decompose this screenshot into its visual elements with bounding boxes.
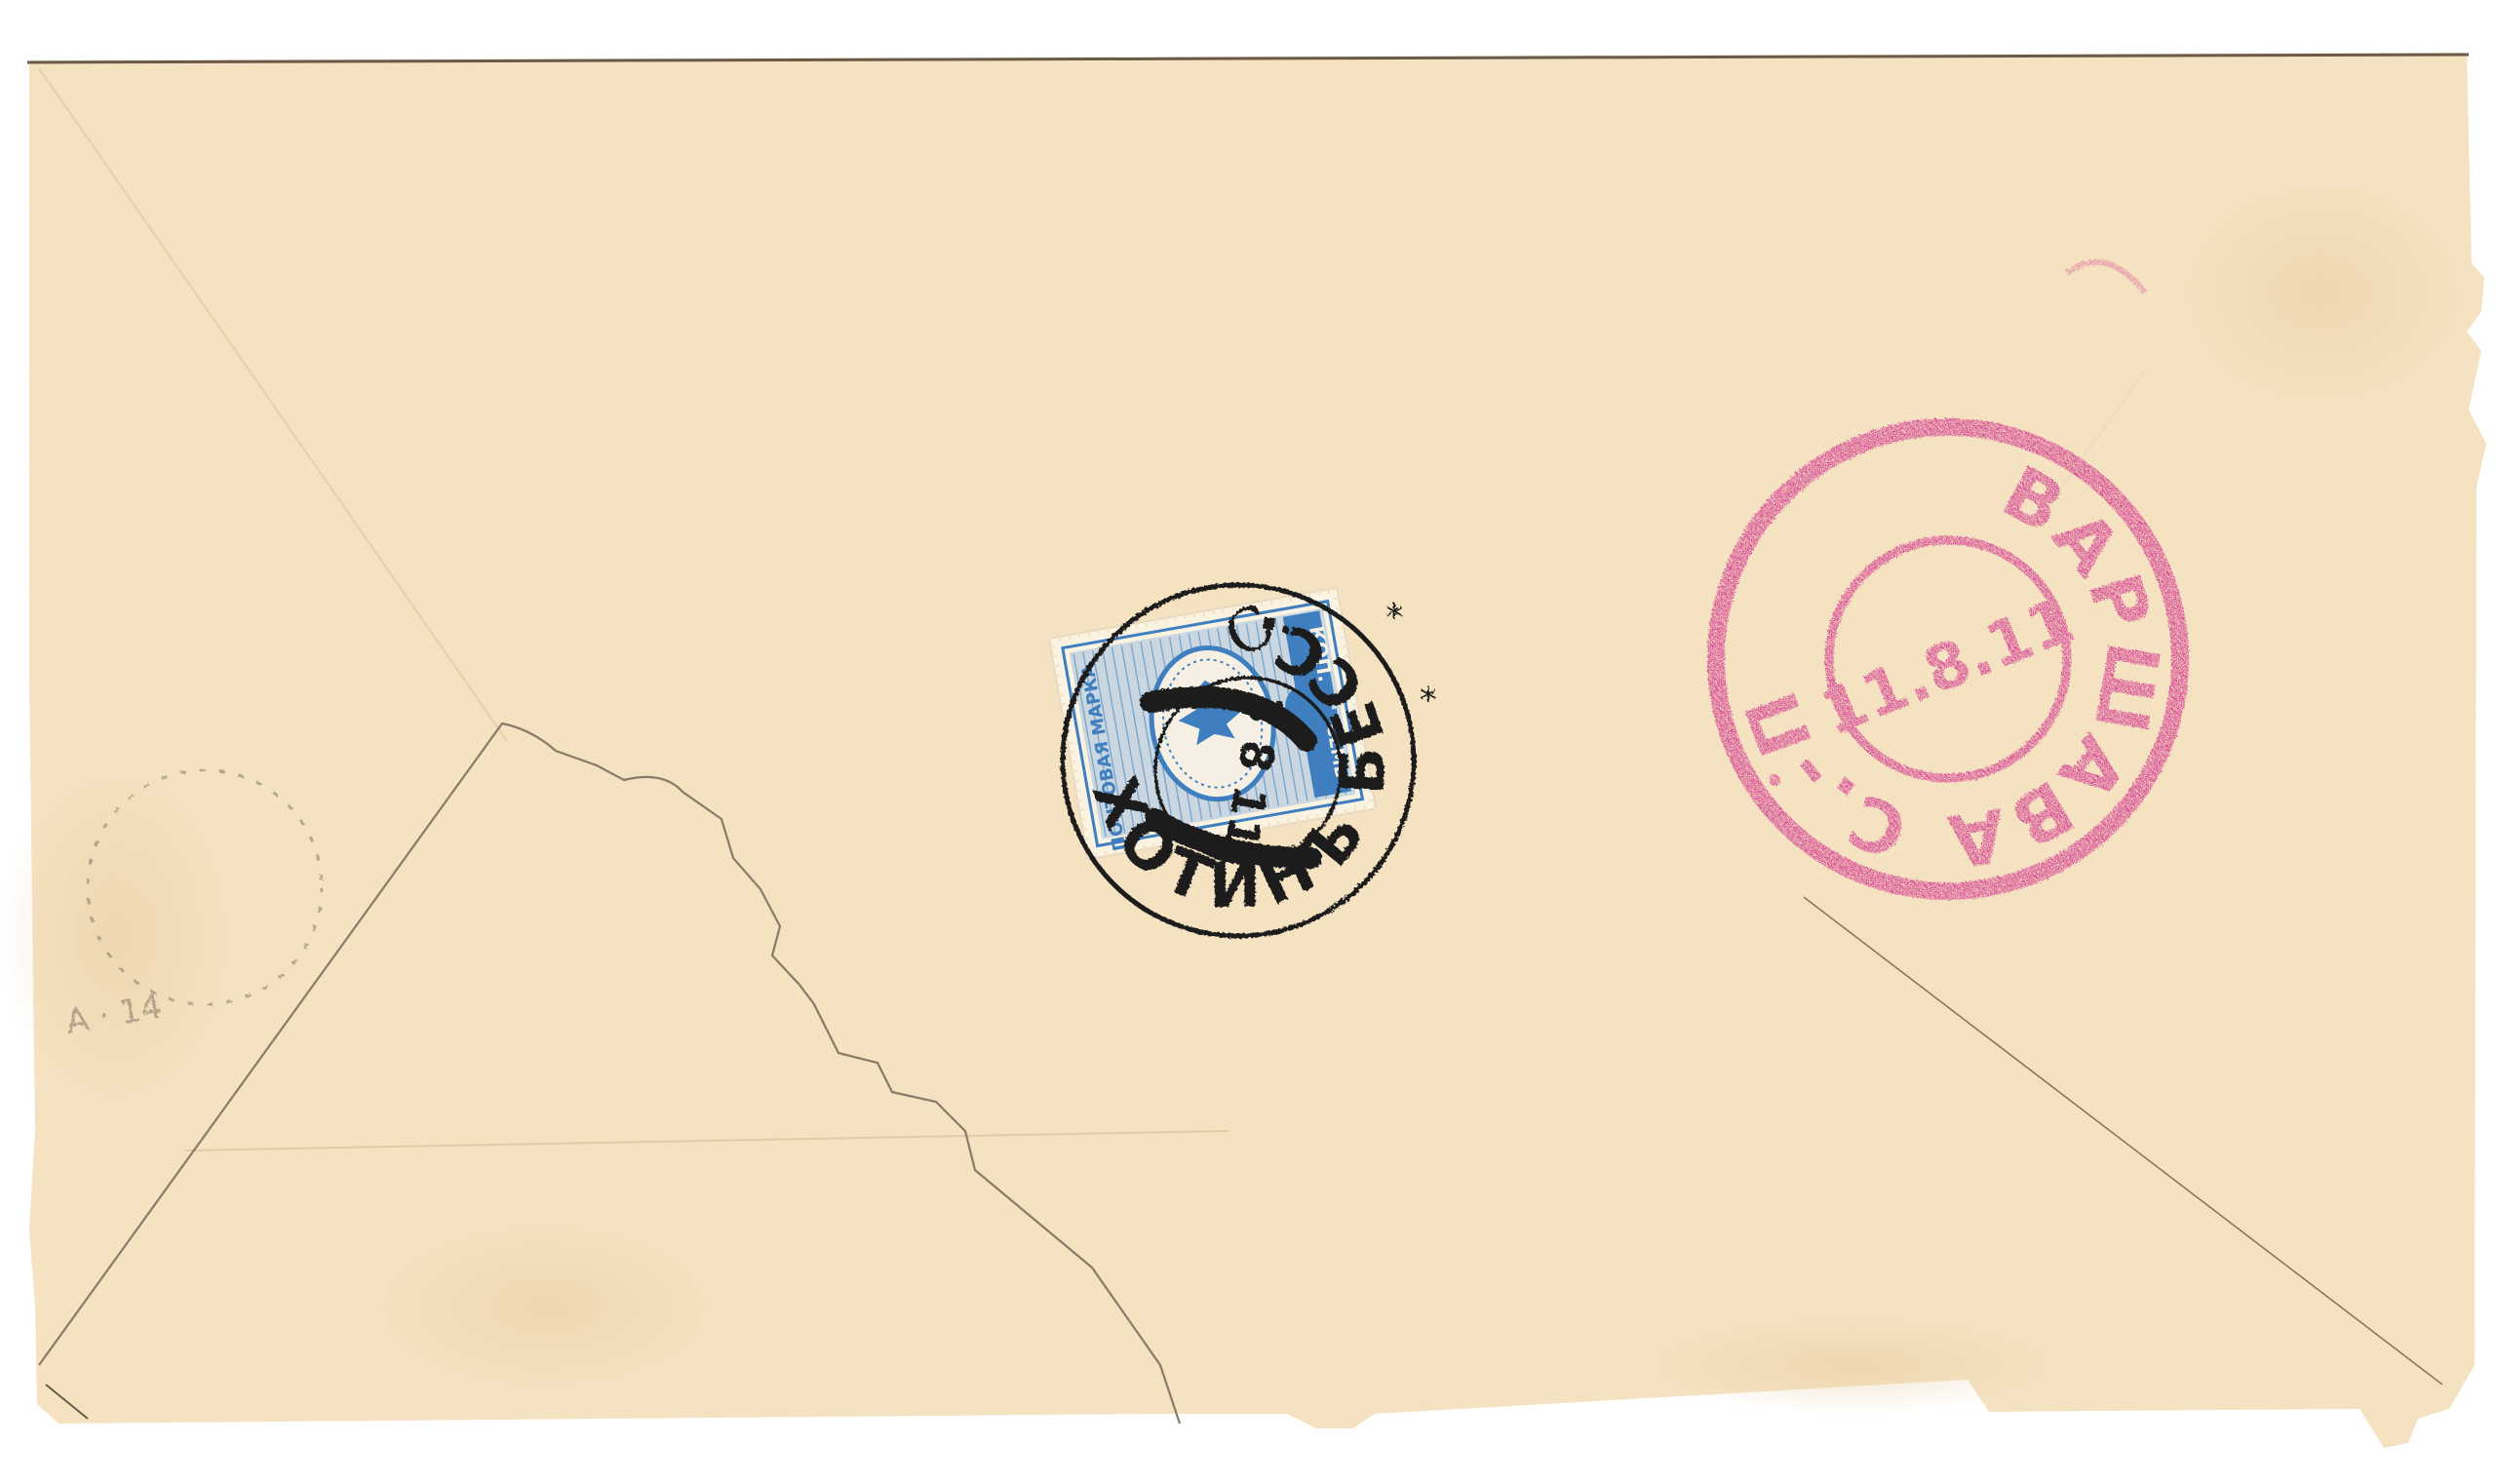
svg-text:•: • [1763, 760, 1786, 804]
stain [1638, 1316, 2067, 1414]
stain [0, 761, 234, 1112]
stain [370, 1219, 721, 1394]
envelope-scene: А · 14 ПОЧТОВАЯ МАРКАКОП.СЕМЬ ХОТИНЪ БЕС… [0, 0, 2496, 1484]
svg-text:*: * [1420, 681, 1437, 721]
stain [2174, 176, 2467, 410]
svg-text:*: * [1385, 598, 1403, 638]
